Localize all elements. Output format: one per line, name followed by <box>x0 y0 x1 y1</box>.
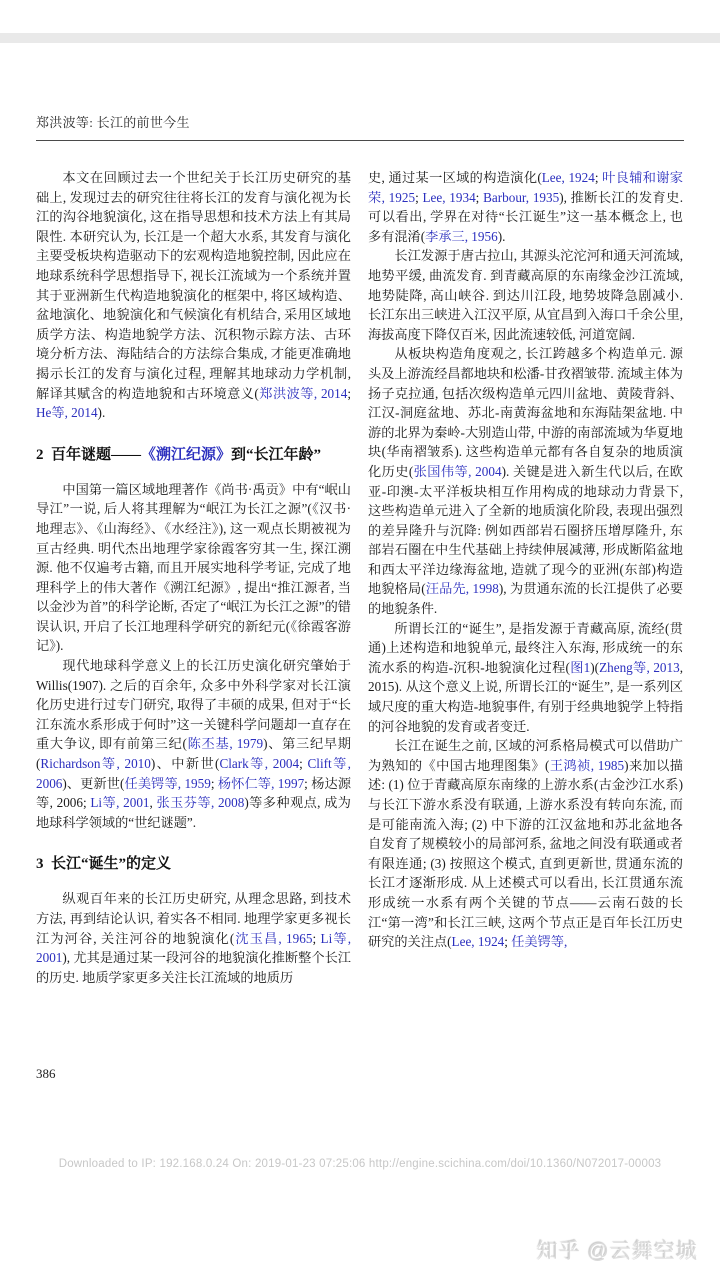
citation-link[interactable]: 王鸿祯, 1985 <box>549 758 624 773</box>
citation-link[interactable]: 沈玉昌, 1965 <box>234 931 312 946</box>
section-heading: 3 长江“诞生”的定义 <box>36 854 351 875</box>
citation-link[interactable]: Richardson等, 2010 <box>40 756 150 771</box>
paragraph: 长江发源于唐古拉山, 其源头沱沱河和通天河流域, 地势平缓, 曲流发育. 到青藏… <box>368 246 683 344</box>
text-run: ; <box>312 931 320 946</box>
left-column: 本文在回顾过去一个世纪关于长江历史研究的基础上, 发现过去的研究往往将长江的发育… <box>36 168 351 987</box>
citation-link[interactable]: 张国伟等, 2004 <box>413 464 501 479</box>
citation-link[interactable]: 任美锷等, <box>511 934 567 949</box>
text-run: ), 尤其是通过某一段河谷的地貌演化推断整个长江的历史. 地质学家更多关注长江流… <box>36 950 351 985</box>
zhihu-watermark: 知乎 @云舞空城 <box>537 1235 698 1265</box>
paragraph: 现代地球科学意义上的长江历史演化研究肇始于Willis(1907). 之后的百余… <box>36 656 351 832</box>
text-run: )来加以描述: (1) 位于青藏高原东南缘的上游水系(古金沙江水系)与长江下游水… <box>368 758 683 949</box>
article-body: 本文在回顾过去一个世纪关于长江历史研究的基础上, 发现过去的研究往往将长江的发育… <box>36 168 684 987</box>
text-run: )、中新世( <box>151 756 220 771</box>
citation-link[interactable]: Lee, 1924 <box>452 934 505 949</box>
citation-link[interactable]: 图1 <box>570 660 590 675</box>
citation-link[interactable]: Lee, 1934 <box>422 190 475 205</box>
citation-link[interactable]: Zheng等, 2013 <box>599 660 680 675</box>
text-run: 中国第一篇区域地理著作《尚书·禹贡》中有“岷山导江”一说, 后人将其理解为“岷江… <box>36 482 351 654</box>
text-run: ). <box>98 405 106 420</box>
citation-link[interactable]: 陈丕基, 1979 <box>187 736 263 751</box>
paragraph: 从板块构造角度观之, 长江跨越多个构造单元. 源头及上游流经昌都地块和松潘-甘孜… <box>368 344 683 618</box>
citation-link[interactable]: 郑洪波等, 2014 <box>259 386 348 401</box>
citation-link[interactable]: 《溯江纪源》 <box>141 447 231 463</box>
paragraph: 所谓长江的“诞生”, 是指发源于青藏高原, 流经(贯通)上述构造和地貌单元, 最… <box>368 619 683 737</box>
citation-link[interactable]: Li等, 2001 <box>90 795 149 810</box>
text-run: ). 关键是进入新生代以后, 在欧亚-印澳-太平洋板块相互作用构成的地球动力背景… <box>368 464 683 597</box>
citation-link[interactable]: 任美锷等, 1959 <box>124 776 210 791</box>
text-run: 史, 通过某一区域的构造演化( <box>368 170 542 185</box>
text-run: ; <box>299 756 307 771</box>
text-run: , <box>150 795 157 810</box>
text-run: )( <box>590 660 599 675</box>
text-run: 3 长江“诞生”的定义 <box>36 856 171 872</box>
page-top-divider <box>0 33 720 43</box>
paragraph: 史, 通过某一区域的构造演化(Lee, 1924; 叶良辅和谢家荣, 1925;… <box>368 168 683 246</box>
text-run: 从板块构造角度观之, 长江跨越多个构造单元. 源头及上游流经昌都地块和松潘-甘孜… <box>368 346 683 479</box>
text-run: ; <box>476 190 483 205</box>
text-run: 2 百年谜题—— <box>36 447 141 463</box>
paragraph: 本文在回顾过去一个世纪关于长江历史研究的基础上, 发现过去的研究往往将长江的发育… <box>36 168 351 423</box>
citation-link[interactable]: He等, 2014 <box>36 405 98 420</box>
section-heading: 2 百年谜题——《溯江纪源》到“长江年龄” <box>36 445 351 466</box>
citation-link[interactable]: Lee, 1924 <box>542 170 595 185</box>
page-number: 386 <box>36 1066 56 1082</box>
text-run: 长江发源于唐古拉山, 其源头沱沱河和通天河流域, 地势平缓, 曲流发育. 到青藏… <box>368 248 683 341</box>
citation-link[interactable]: 杨怀仁等, 1997 <box>218 776 304 791</box>
text-run: ; <box>347 386 351 401</box>
paragraph: 纵观百年来的长江历史研究, 从理念思路, 到技术方法, 再到结论认识, 着实各不… <box>36 889 351 987</box>
citation-link[interactable]: Barbour, 1935 <box>483 190 559 205</box>
text-run: ; <box>211 776 218 791</box>
right-column: 史, 通过某一区域的构造演化(Lee, 1924; 叶良辅和谢家荣, 1925;… <box>368 168 683 987</box>
download-watermark: Downloaded to IP: 192.168.0.24 On: 2019-… <box>0 1158 720 1170</box>
citation-link[interactable]: 李承三, 1956 <box>425 229 498 244</box>
text-run: 到“长江年龄” <box>231 447 321 463</box>
text-run: ). <box>498 229 506 244</box>
citation-link[interactable]: Clark等, 2004 <box>219 756 299 771</box>
text-run: )、更新世( <box>62 776 124 791</box>
text-run: 本文在回顾过去一个世纪关于长江历史研究的基础上, 发现过去的研究往往将长江的发育… <box>36 170 351 401</box>
citation-link[interactable]: 汪品先, 1998 <box>426 581 499 596</box>
running-header: 郑洪波等: 长江的前世今生 <box>36 112 684 131</box>
paragraph: 长江在诞生之前, 区域的河系格局模式可以借助广为熟知的《中国古地理图集》(王鸿祯… <box>368 736 683 952</box>
citation-link[interactable]: 张玉芬等, 2008 <box>157 795 245 810</box>
header-rule <box>36 140 684 141</box>
paragraph: 中国第一篇区域地理著作《尚书·禹贡》中有“岷山导江”一说, 后人将其理解为“岷江… <box>36 480 351 656</box>
